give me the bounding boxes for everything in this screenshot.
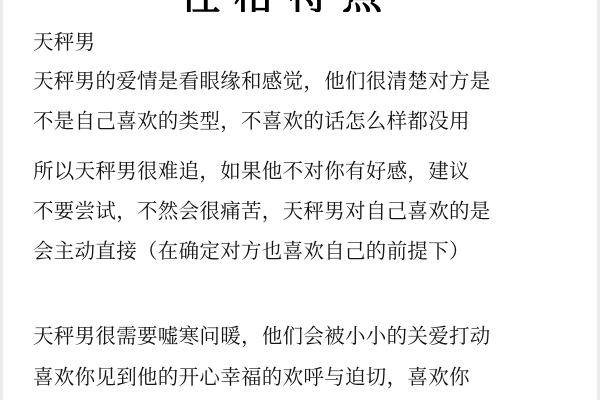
section-heading: 天秤男 [33,29,95,55]
paragraph-line: 喜欢你见到他的开心幸福的欢呼与迫切，喜欢你 [33,364,470,390]
paragraph-line: 天秤男很需要嘘寒问暖，他们会被小小的关爱打动 [33,323,491,349]
paragraph-line: 天秤男的爱情是看眼缘和感觉，他们很清楚对方是 [33,68,491,94]
paragraph-line: 不要尝试，不然会很痛苦，天秤男对自己喜欢的是 [33,198,491,224]
paragraph-line: 不是自己喜欢的类型，不喜欢的话怎么样都没用 [33,108,470,134]
paragraph-line: 所以天秤男很难追，如果他不对你有好感，建议 [33,158,470,184]
page-edge-left [0,0,3,400]
page-title: 性格特点 [180,0,420,12]
paragraph-line: 会主动直接（在确定对方也喜欢自己的前提下） [33,238,470,264]
